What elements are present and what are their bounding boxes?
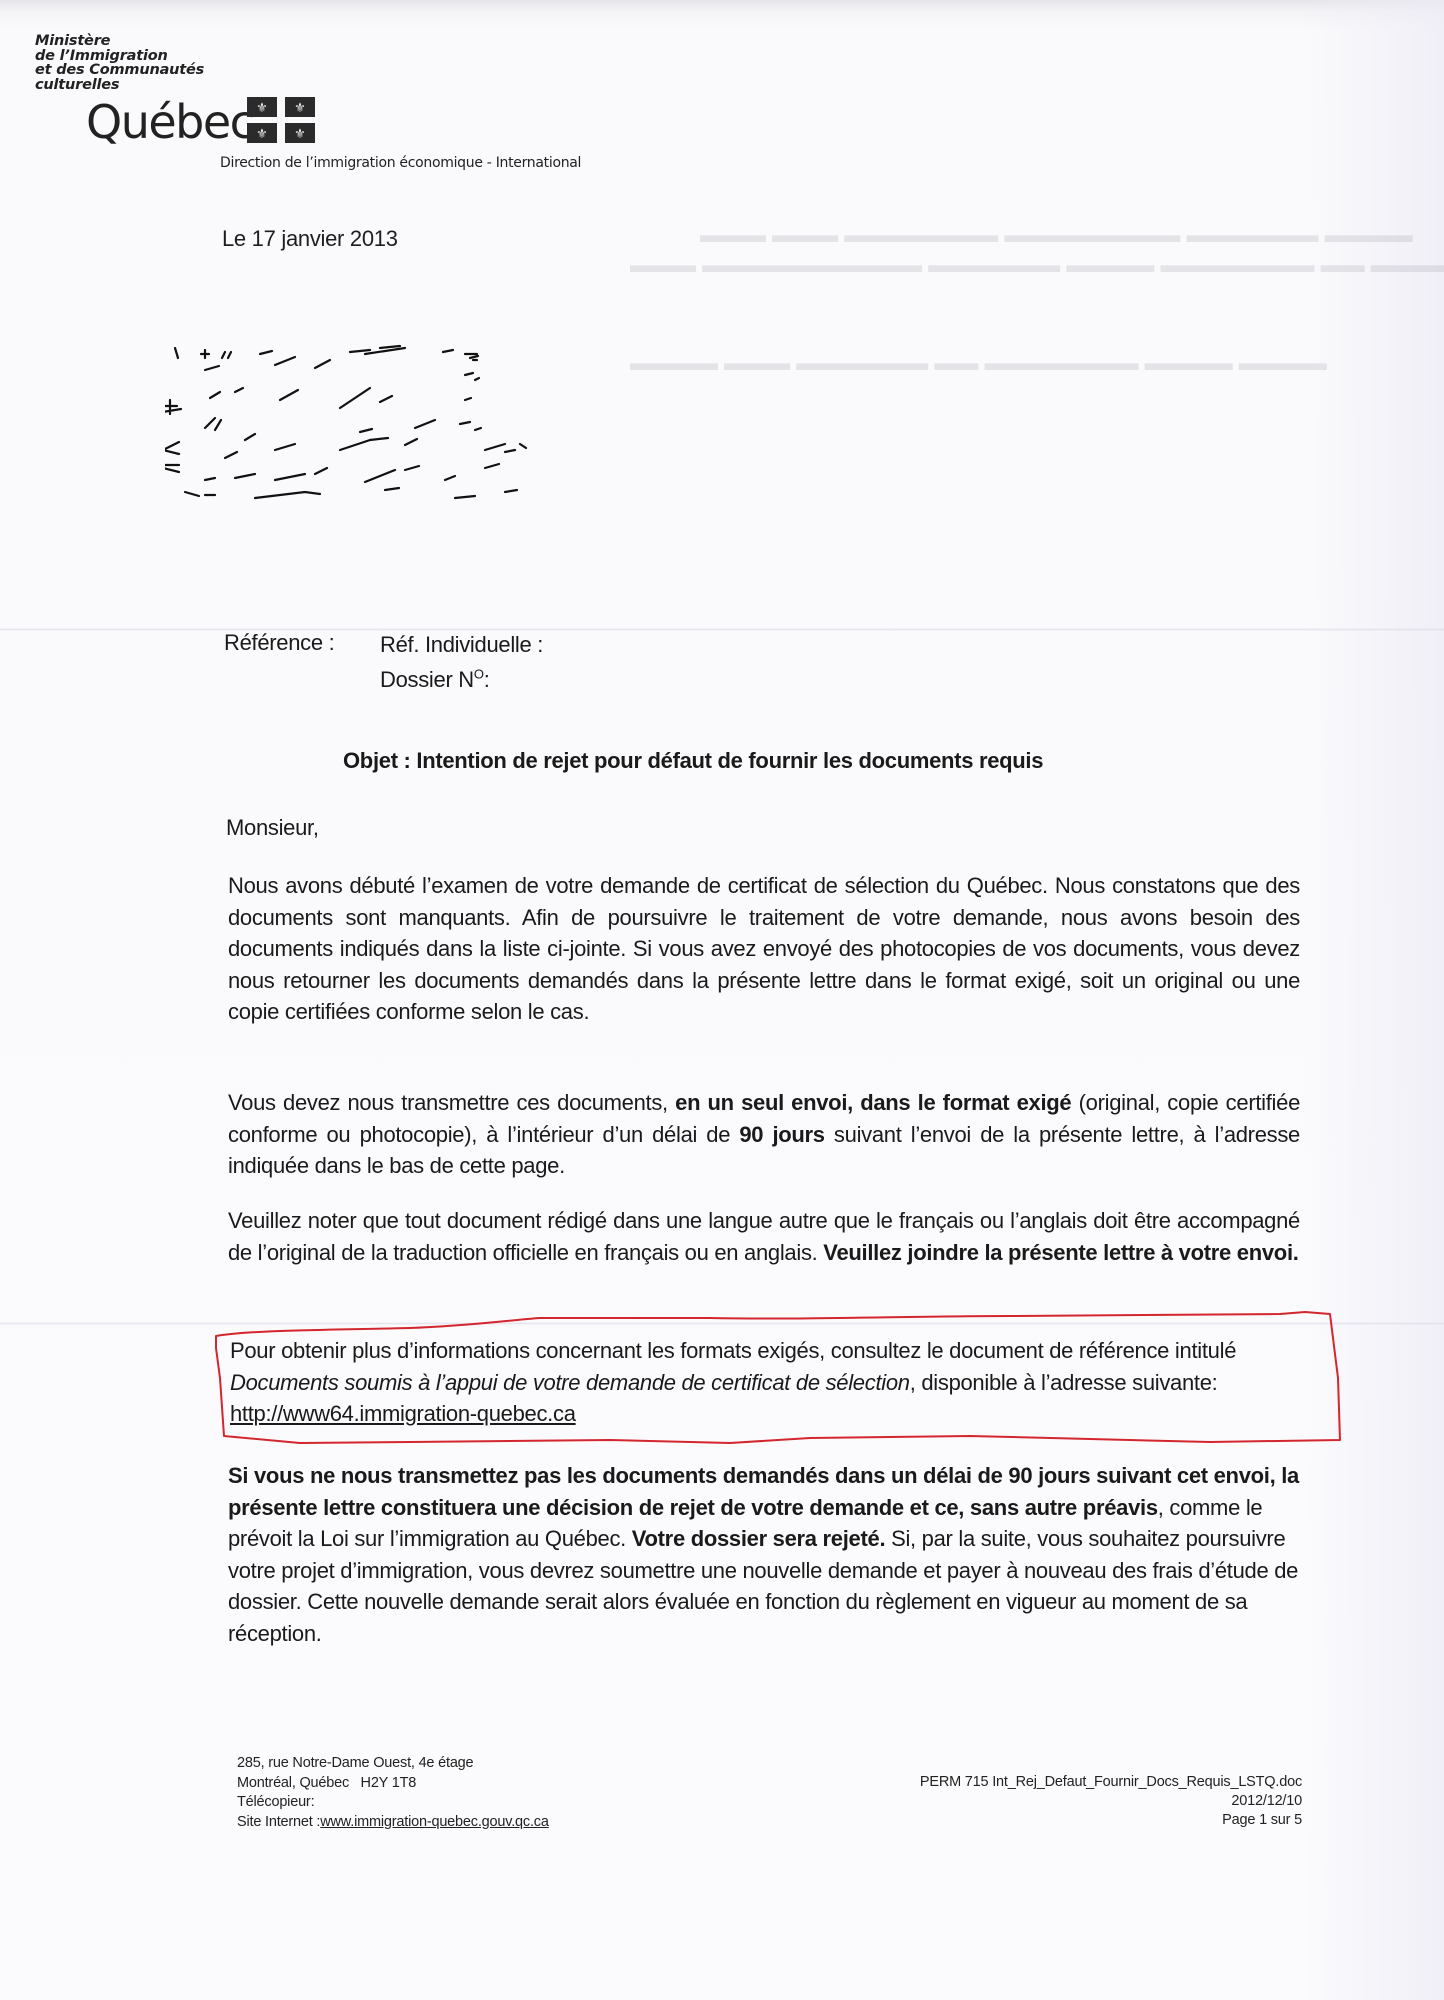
fleur-de-lis-icon: ⚜ bbox=[247, 97, 277, 117]
paper-fold-line bbox=[0, 628, 1444, 631]
document-date: 2012/12/10 bbox=[820, 1792, 1302, 1811]
footer-address: 285, rue Notre-Dame Ouest, 4e étage Mont… bbox=[237, 1754, 549, 1832]
website-link[interactable]: www.immigration-quebec.gouv.qc.ca bbox=[320, 1814, 548, 1830]
ministry-line: et des Communautés bbox=[35, 63, 204, 78]
immigration-quebec-link[interactable]: http://www64.immigration-quebec.ca bbox=[230, 1401, 576, 1426]
fleur-de-lis-icon: ⚜ bbox=[247, 123, 277, 143]
footer-website: Site Internet :www.immigration-quebec.go… bbox=[237, 1813, 549, 1833]
document-reference: PERM 715 Int_Rej_Defaut_Fournir_Docs_Req… bbox=[820, 1773, 1302, 1792]
bleed-through-text: ▬▬▬▬ ▬▬▬▬ ▬▬▬▬▬▬▬ ▬▬ ▬▬▬▬▬▬ ▬▬▬ ▬▬▬▬ bbox=[630, 350, 1327, 376]
redacted-recipient-address bbox=[165, 340, 575, 500]
ministry-name: Ministère de l’Immigration et des Commun… bbox=[35, 34, 204, 92]
fleur-de-lis-icon: ⚜ bbox=[285, 123, 315, 143]
individual-reference-label: Réf. Individuelle : bbox=[380, 632, 543, 657]
quebec-flag-icon: ⚜ ⚜ ⚜ ⚜ bbox=[247, 97, 315, 143]
letter-date: Le 17 janvier 2013 bbox=[222, 226, 398, 252]
letter-subject: Objet : Intention de rejet pour défaut d… bbox=[0, 748, 1444, 774]
quebec-wordmark: Québec bbox=[86, 94, 253, 150]
dossier-number: Dossier NO: bbox=[380, 660, 543, 695]
paragraph-translation-requirements: Veuillez noter que tout document rédigé … bbox=[228, 1205, 1300, 1268]
ministry-line: de l’Immigration bbox=[35, 49, 204, 64]
ministry-line: Ministère bbox=[35, 34, 204, 49]
page-number: Page 1 sur 5 bbox=[820, 1811, 1302, 1830]
individual-reference: Réf. Individuelle : bbox=[380, 630, 543, 660]
footer-street: 285, rue Notre-Dame Ouest, 4e étage bbox=[237, 1754, 549, 1774]
paragraph-submission-instructions: Vous devez nous transmettre ces document… bbox=[228, 1087, 1300, 1182]
dossier-number-label: Dossier NO: bbox=[380, 667, 490, 692]
bleed-through-text: ▬▬▬▬ ▬▬ ▬▬▬▬▬▬▬ ▬▬▬▬ ▬▬▬▬▬▬ ▬▬▬▬▬▬▬▬▬▬ ▬… bbox=[630, 252, 1444, 278]
ministry-line: culturelles bbox=[35, 78, 204, 93]
paragraph-rejection-warning: Si vous ne nous transmettez pas les docu… bbox=[228, 1460, 1300, 1649]
salutation: Monsieur, bbox=[226, 815, 319, 841]
footer-document-info: PERM 715 Int_Rej_Defaut_Fournir_Docs_Req… bbox=[820, 1773, 1302, 1830]
reference-label: Référence : bbox=[224, 630, 334, 656]
reference-block: Réf. Individuelle : Dossier NO: bbox=[380, 630, 543, 695]
department-name: Direction de l’immigration économique - … bbox=[220, 155, 581, 171]
paragraph-missing-documents: Nous avons débuté l’examen de votre dema… bbox=[228, 870, 1300, 1028]
footer-city: Montréal, Québec H2Y 1T8 bbox=[237, 1774, 549, 1794]
footer-fax: Télécopieur: bbox=[237, 1793, 549, 1813]
bleed-through-text: ▬▬▬▬ ▬▬▬▬▬▬ ▬▬▬▬▬▬▬▬ ▬▬▬▬▬▬▬ ▬▬▬ ▬▬▬ bbox=[700, 222, 1413, 248]
paragraph-format-reference: Pour obtenir plus d’informations concern… bbox=[230, 1335, 1302, 1430]
fleur-de-lis-icon: ⚜ bbox=[285, 97, 315, 117]
